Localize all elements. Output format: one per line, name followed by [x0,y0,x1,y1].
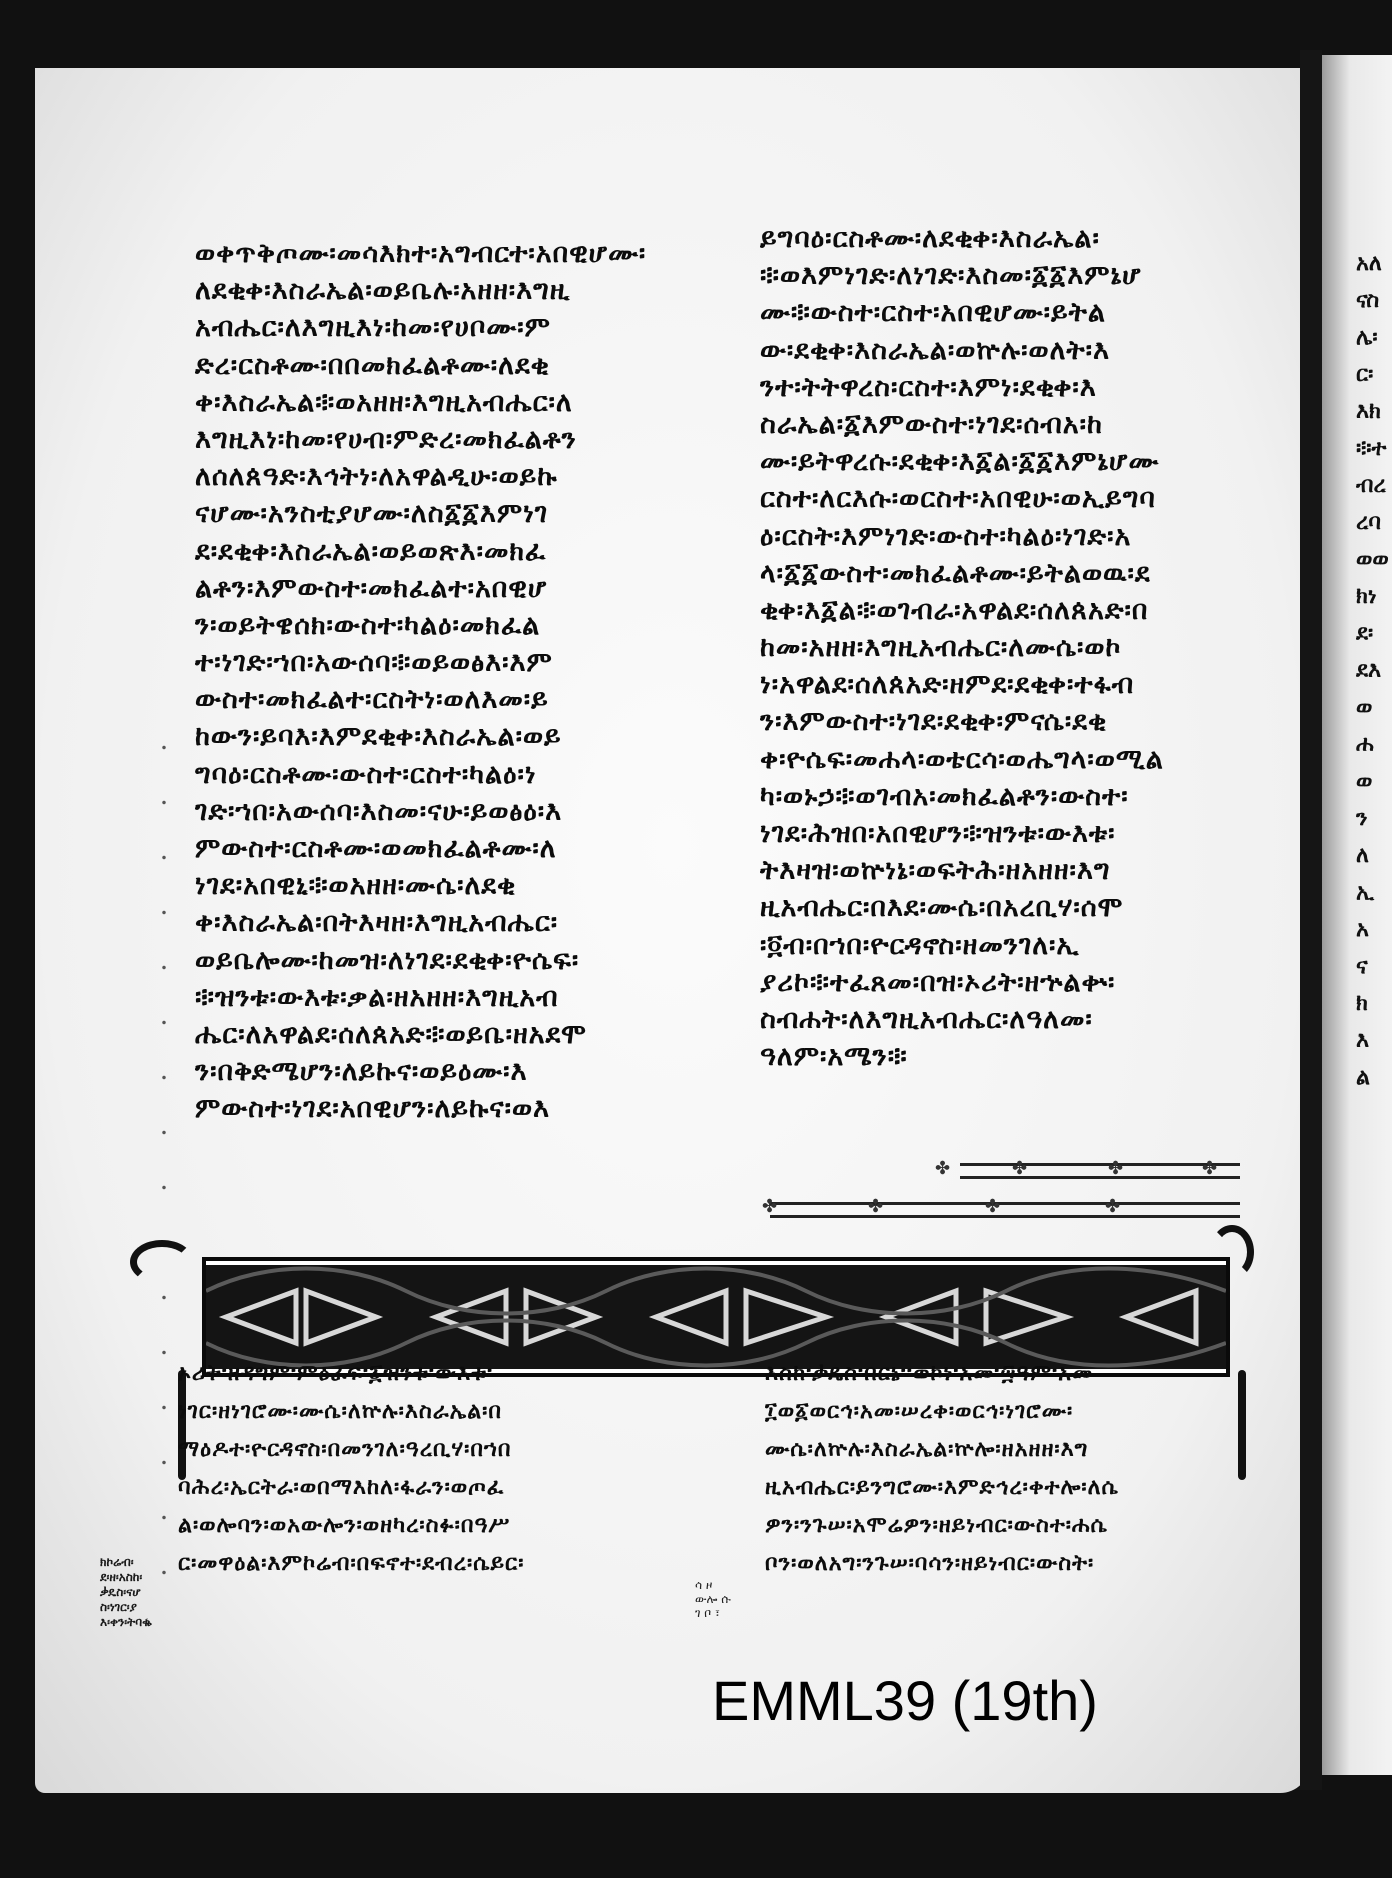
text-line: ር፡መዋዕል፡እምኮሬብ፡በፍኖተ፡ደብረ፡ሴይር፡ [178,1545,698,1583]
lower-text-column-left: ኦሪት፡ዘዳግም፡ምዕራፍ፡፩ዝንቱ፡ውእቱ፡ ነገር፡ዘነገሮሙ፡ሙሴ፡ለኵሉ… [178,1355,698,1583]
text-line: ው፡ደቂቀ፡እስራኤል፡ወኵሉ፡ወለት፡እ [760,332,1250,369]
rosette-ornament-icon: ✤ [868,1196,883,1217]
ornamental-divider [960,1163,1240,1179]
lower-text-column-right: እስከ፡ቃዴስ፡በርኔ፡፡ወኮነ፡አመ፡፵ዓም፡አመ ፲ወ፩ወርኅ፡አመ፡ሠረቀ… [765,1355,1245,1583]
text-line: ል፡ወሎባን፡ወአውሎን፡ወዘካረ፡ስፉ፡በዓሥ [178,1507,698,1545]
text-line: ቦን፡ወለአግ፡ንጉሠ፡ባሳን፡ዘይነብር፡ውስት፡ [765,1545,1245,1583]
text-line: ከመ፡አዘዘ፡እግዚአብሔር፡ለሙሴ፡ወኮ [760,629,1250,666]
text-line: ማዕዶተ፡ዮርዳኖስ፡በመንገለ፡ዓረቢሃ፡በኀበ [178,1431,698,1469]
text-line: ቀ፡እስራኤል፡በትእዛዘ፡እግዚአብሔር፡ [195,904,685,941]
text-line: ነ፡አዋልደ፡ሰለጰአድ፡ዘምደ፡ደቂቀ፡ተፋብ [760,666,1250,703]
text-line: ዎን፡ንጉሠ፡አሞሬዎን፡ዘይነብር፡ውስተ፡ሐሴ [765,1507,1245,1545]
text-line: ያሪኮ፨ተፈጸመ፡በዝ፡ኦሪት፡ዘኍልቍ፡ [760,964,1250,1001]
text-line: ለሰለጰዓድ፡እኅትነ፡ለአዋልዲሁ፡ወይኩ [195,458,685,495]
text-line: ን፡በቅድሜሆን፡ለይኩና፡ወይዕሙ፡እ [195,1053,685,1090]
text-line: ተ፡ነገድ፡ኀበ፡አውሰባ፨ወይወፅእ፡እም [195,644,685,681]
text-line: እስከ፡ቃዴስ፡በርኔ፡፡ወኮነ፡አመ፡፵ዓም፡አመ [765,1355,1245,1393]
text-line: ገድ፡ኀበ፡አውሰባ፡እስመ፡ናሁ፡ይወፅዕ፡እ [195,793,685,830]
marginal-note: ክኮሬብ፡ ደ፡ዘ፡አስከ፡ ቃዴስ፡ናሆ ስ፡ነገር፡ያ እ፡ቀን፡ትባቈ [100,1555,152,1630]
text-line: እግዚእነ፡ከመ፡የሀብ፡ምድረ፡መክፈልቶን [195,421,685,458]
text-line: ወይቤሎሙ፡ከመዝ፡ለነገደ፡ደቂቀ፡ዮሴፍ፡ [195,942,685,979]
text-line: ዓለም፡አሜን፨ [760,1038,1250,1075]
text-line: ነገደ፡አበዊኒ፨ወአዘዘ፡ሙሴ፡ለደቂ [195,867,685,904]
band-terminal-scroll-icon [1210,1225,1254,1279]
text-line: ካ፡ወኑኃ፨ወገብአ፡መክፈልቶን፡ውስተ፡ [760,778,1250,815]
text-line: ፨ወእምነገድ፡ለነገድ፡እስመ፡፩፩እምኔሆ [760,257,1250,294]
text-line: ሙ፡ይትዋረሱ፡ደቂቀ፡እ፩ል፡፩፩እምኔሆሙ [760,443,1250,480]
ornamental-divider [770,1202,1240,1218]
text-line: ባሕረ፡ኤርትራ፡ወበማእከለ፡ፋራን፡ወጦፈ [178,1469,698,1507]
text-line: ኦሪት፡ዘዳግም፡ምዕራፍ፡፩ዝንቱ፡ውእቱ፡ [178,1355,698,1393]
rosette-ornament-icon: ✤ [1012,1158,1027,1179]
manuscript-label: EMML39 (19th) [712,1668,1098,1733]
text-line: ድረ፡ርስቶሙ፡በበመክፈልቶሙ፡ለደቂ [195,347,685,384]
text-line: ልቶን፡እምውስተ፡መክፈልተ፡አበዊሆ [195,570,685,607]
text-line: ቀ፡እስራኤል፨ወአዘዘ፡እግዚአብሔር፡ለ [195,384,685,421]
rosette-ornament-icon: ✤ [762,1196,777,1217]
text-line: ግባዕ፡ርስቶሙ፡ውስተ፡ርስተ፡ካልዕ፡ነ [195,756,685,793]
rosette-ornament-icon: ✤ [985,1196,1000,1217]
ruling-prick-marks [160,720,168,1620]
text-line: ፨ዝንቱ፡ውእቱ፡ቃል፡ዘአዘዘ፡እግዚአብ [195,979,685,1016]
rosette-ornament-icon: ✤ [1108,1158,1123,1179]
text-line: ነገደ፡ሕዝበ፡አበዊሆን፨ዝንቱ፡ውእቱ፡ [760,815,1250,852]
text-line: ፲ወ፩ወርኅ፡አመ፡ሠረቀ፡ወርኅ፡ነገሮሙ፡ [765,1393,1245,1431]
text-line: ዕ፡ርስት፡እምነገድ፡ውስተ፡ካልዕ፡ነገድ፡አ [760,518,1250,555]
facing-page-text-fragment: አለ ናስ ሌ፡ ር፡ እክ ፨ተ ብረ ረባ ወወ ክነ ደ፡ ደእ ወ ሐ … [1356,245,1392,1096]
text-line: ፡፬ብ፡በኀበ፡ዮርዳኖስ፡ዘመንገለ፡ኢ [760,927,1250,964]
text-line: ናሆሙ፡አንስቲያሆሙ፡ለስ፩፩እምነገ [195,495,685,532]
text-line: ርስተ፡ለርእሱ፡ወርስተ፡አበዊሁ፡ወኢይግባ [760,480,1250,517]
text-line: አብሔር፡ለእግዚእነ፡ከመ፡የሀቦሙ፡ም [195,309,685,346]
text-line: ለደቂቀ፡እስራኤል፡ወይቤሉ፡አዘዘ፡እግዚ [195,272,685,309]
text-line: ን፡እምውስተ፡ነገደ፡ደቂቀ፡ምናሴ፡ደቂ [760,703,1250,740]
text-line: ውስተ፡መክፈልተ፡ርስትነ፡ወለእመ፡ይ [195,681,685,718]
rosette-ornament-icon: ✤ [935,1158,950,1179]
text-line: ሔር፡ለአዋልደ፡ሰለጰአድ፨ወይቤ፡ዘአደሞ [195,1016,685,1053]
text-line: ስብሐት፡ለእግዚአብሔር፡ለዓለመ፡ [760,1001,1250,1038]
text-line: ነገር፡ዘነገሮሙ፡ሙሴ፡ለኵሉ፡እስራኤል፡በ [178,1393,698,1431]
text-line: ንተ፡ትትዋረስ፡ርስተ፡እምነ፡ደቂቀ፡እ [760,369,1250,406]
text-line: ሙ፨ውስተ፡ርስተ፡አበዊሆሙ፡ይትል [760,294,1250,331]
text-line: ቀ፡ዮሴፍ፡መሐላ፡ወቴርሳ፡ወሔግላ፡ወሚል [760,741,1250,778]
rosette-ornament-icon: ✤ [1105,1196,1120,1217]
text-line: ምውስተ፡ነገደ፡አበዊሆን፡ለይኩና፡ወእ [195,1090,685,1127]
text-line: ደ፡ደቂቀ፡እስራኤል፡ወይወጽእ፡መክፈ [195,533,685,570]
band-terminal-scroll-icon [130,1240,194,1284]
text-column-left: ወቀጥቅጦሙ፡መሳእክተ፡አግብርተ፡አበዊሆሙ፡ ለደቂቀ፡እስራኤል፡ወይቤ… [195,235,685,1128]
text-line: ከውን፡ይባእ፡እምደቂቀ፡እስራኤል፡ወይ [195,718,685,755]
text-line: ቂቀ፡እ፩ል፨ወገብራ፡አዋልደ፡ሰለጰአድ፡በ [760,592,1250,629]
catchword-note: ሳ ዞ ውሎ ሱ ገ ቦ ፣ [695,1578,731,1620]
text-column-right: ይግባዕ፡ርስቶሙ፡ለደቂቀ፡እስራኤል፡ ፨ወእምነገድ፡ለነገድ፡እስመ፡፩… [760,220,1250,1075]
text-line: ላ፡፩፩ውስተ፡መክፈልቶሙ፡ይትልወዉ፡ደ [760,555,1250,592]
text-line: ይግባዕ፡ርስቶሙ፡ለደቂቀ፡እስራኤል፡ [760,220,1250,257]
text-line: ምውስተ፡ርስቶሙ፡ወመክፈልቶሙ፡ለ [195,830,685,867]
text-line: ን፡ወይትዌሰክ፡ውስተ፡ካልዕ፡መክፈል [195,607,685,644]
text-line: ሙሴ፡ለኵሉ፡እስራኤል፡ኵሎ፡ዘአዘዘ፡እግ [765,1431,1245,1469]
text-line: ወቀጥቅጦሙ፡መሳእክተ፡አግብርተ፡አበዊሆሙ፡ [195,235,685,272]
text-line: ዚአብሔር፡ይንግሮሙ፡እምድኅረ፡ቀተሎ፡ለሴ [765,1469,1245,1507]
binding-gutter [1300,50,1322,1790]
text-line: ዚአብሔር፡በእደ፡ሙሴ፡በአረቢሃ፡ሰሞ [760,889,1250,926]
text-line: ትእዛዝ፡ወኵነኔ፡ወፍትሕ፡ዘአዘዘ፡እግ [760,852,1250,889]
text-line: ስራኤል፡፩እምውስተ፡ነገደ፡ሰብአ፡ከ [760,406,1250,443]
rosette-ornament-icon: ✤ [1202,1158,1217,1179]
